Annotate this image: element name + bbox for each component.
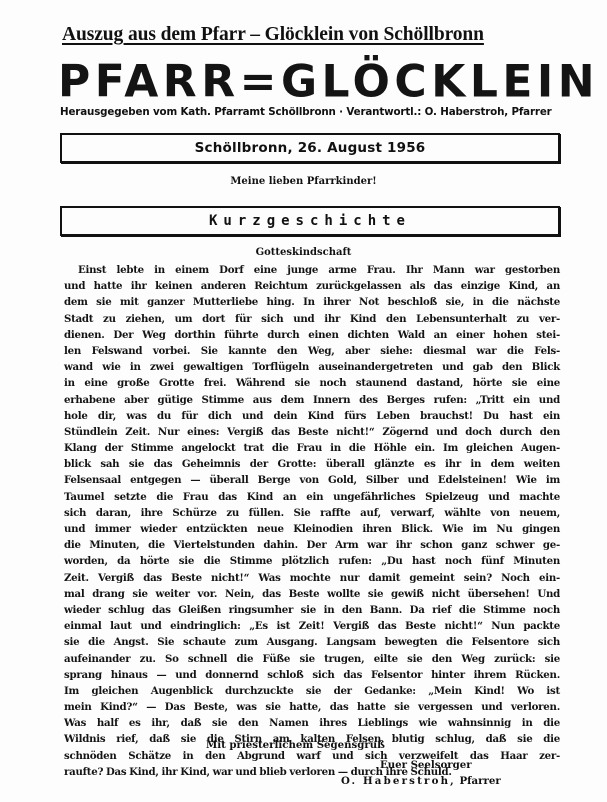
story-line: sprang hinaus — und donnernd schloß sich… xyxy=(64,667,560,683)
story-line: in eine große Grotte frei. Während sie n… xyxy=(64,375,560,391)
story-line: Zeit. Vergiß das Beste nicht!“ Was mocht… xyxy=(64,570,560,586)
story-line: mal drang sie weiter vor. Nein, das Best… xyxy=(64,586,560,602)
story-line: len Felswand vorbei. Sie kannte den Weg,… xyxy=(64,343,560,359)
story-line: Stadt zu ziehen, um dort für sich und ih… xyxy=(64,311,560,327)
story-line: und hatte ihr keinen anderen Reichtum zu… xyxy=(64,278,560,294)
masthead-title: PFARR=GLÖCKLEIN xyxy=(58,60,528,105)
story-line: aufeinander zu. So schnell die Füße sie … xyxy=(64,651,560,667)
story-line: Klang der Stimme angelockt trat die Frau… xyxy=(64,440,560,456)
signature: O. Haberstroh, Pfarrer xyxy=(341,775,501,787)
story-line: Felsensaal entgegen — überall Berge von … xyxy=(64,472,560,488)
closing-salutation: Mit priesterlichem Segensgruß xyxy=(206,739,385,751)
story-line: dem sie mit ganzer Mutterliebe hing. In … xyxy=(64,294,560,310)
story-body: Einst lebte in einem Dorf eine junge arm… xyxy=(64,262,560,780)
section-heading: Kurzgeschichte xyxy=(209,213,411,229)
story-line: sich daran, ihre Schürze zu füllen. Sie … xyxy=(64,505,560,521)
publisher-line: Herausgegeben vom Kath. Pfarramt Schöllb… xyxy=(60,106,540,118)
story-line: einmal laut und eindringlich: „Es ist Ze… xyxy=(64,618,560,634)
story-line: sie die Angst. Sie schaute zum Ausgang. … xyxy=(64,634,560,650)
story-line: mein Kind?“ — Das Beste, was sie hatte, … xyxy=(64,699,560,715)
signature-name: O. Haberstroh, xyxy=(341,775,456,787)
greeting: Meine lieben Pfarrkinder! xyxy=(0,176,607,187)
story-line: erhabene aber gütige Stimme aus dem Inne… xyxy=(64,392,560,408)
excerpt-title: Auszug aus dem Pfarr – Glöcklein von Sch… xyxy=(62,24,492,46)
story-line: die Minuten, die Viertelstunden dahin. D… xyxy=(64,537,560,553)
story-line: wieder schlug das Gleißen ringsumher sie… xyxy=(64,602,560,618)
story-line: Stündlein Zeit. Nur eines: Vergiß das Be… xyxy=(64,424,560,440)
dateline-box: Schöllbronn, 26. August 1956 xyxy=(60,133,560,163)
section-heading-box: Kurzgeschichte xyxy=(60,206,560,236)
signature-title: Pfarrer xyxy=(459,775,500,787)
story-line: Was half es ihr, daß sie den Namen ihres… xyxy=(64,715,560,731)
story-line: und immer wieder entzückten neue Kleinod… xyxy=(64,521,560,537)
signoff: Euer Seelsorger xyxy=(380,759,472,771)
story-line: wand wie in zwei gewaltigen Torflügeln a… xyxy=(64,359,560,375)
story-line: dienen. Der Weg dorthin führte durch ein… xyxy=(64,327,560,343)
story-title: Gotteskindschaft xyxy=(0,247,607,258)
story-line: blick sah sie das Geheimnis der Grotte: … xyxy=(64,456,560,472)
story-line: hole dir, was du für dich und dein Kind … xyxy=(64,408,560,424)
story-line: Im gleichen Augenblick durchzuckte sie d… xyxy=(64,683,560,699)
story-line: Einst lebte in einem Dorf eine junge arm… xyxy=(64,262,560,278)
story-line: worden, da hörte sie die Stimme plötzlic… xyxy=(64,553,560,569)
dateline: Schöllbronn, 26. August 1956 xyxy=(195,140,426,156)
story-line: Taumel setzte die Frau das Kind an ein u… xyxy=(64,489,560,505)
